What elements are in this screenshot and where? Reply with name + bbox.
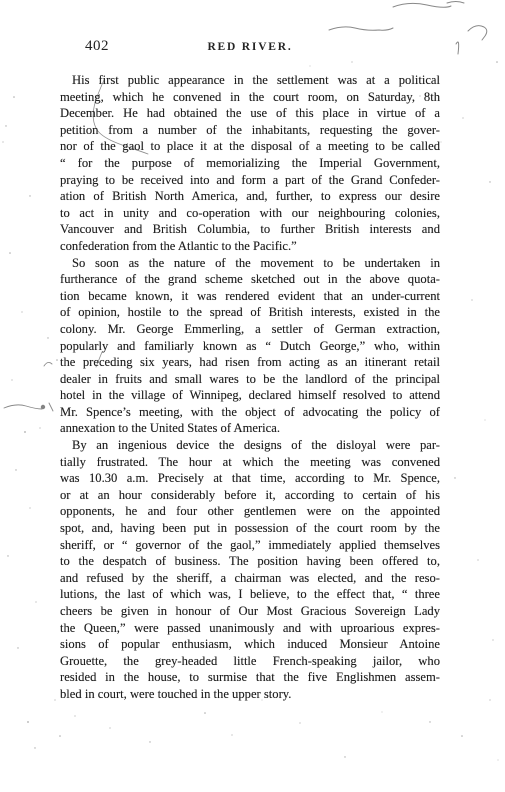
- text-line: to the despatch of business. The positio…: [60, 553, 440, 570]
- text-line: furtherance of the grand scheme sketched…: [60, 271, 440, 288]
- page-header: 402 RED RIVER.: [60, 38, 440, 56]
- text-line: December. He had obtained the use of thi…: [60, 105, 440, 122]
- text-line: bled in court, were touched in the upper…: [60, 686, 440, 703]
- text-line: His first public appearance in the settl…: [60, 72, 440, 89]
- text-line: confederation from the Atlantic to the P…: [60, 238, 440, 255]
- text-line: the Queen,” were passed unanimously and …: [60, 620, 440, 637]
- paragraph-2: So soon as the nature of the movement to…: [60, 255, 440, 438]
- text-line: praying to be received into and form a p…: [60, 172, 440, 189]
- text-line: resided in the house, to surmise that th…: [60, 669, 440, 686]
- text-line: or at an hour considerably before it, ac…: [60, 487, 440, 504]
- text-line: annexation to the United States of Ameri…: [60, 420, 440, 437]
- text-line: Mr. Spence’s meeting, with the object of…: [60, 404, 440, 421]
- text-line: to act in unity and co-operation with ou…: [60, 205, 440, 222]
- text-line: meeting, which he convened in the court …: [60, 89, 440, 106]
- text-line: the preceding six years, had risen from …: [60, 354, 440, 371]
- text-line: tion became known, it was rendered evide…: [60, 288, 440, 305]
- text-line: lutions, the last of which was, I believ…: [60, 586, 440, 603]
- page-body: His first public appearance in the settl…: [60, 72, 440, 703]
- text-line: By an ingenious device the designs of th…: [60, 437, 440, 454]
- scan-margin-scribble: [4, 362, 53, 411]
- text-line: dealer in fruits and small wares to be t…: [60, 371, 440, 388]
- text-line: was 10.30 a.m. Precisely at that time, a…: [60, 470, 440, 487]
- text-line: hotel in the village of Winnipeg, declar…: [60, 387, 440, 404]
- text-line: sions of popular enthusiasm, which induc…: [60, 636, 440, 653]
- text-line: and refused by the sheriff, a chairman w…: [60, 570, 440, 587]
- text-line: sheriff, or “ governor of the gaol,” imm…: [60, 537, 440, 554]
- text-line: So soon as the nature of the movement to…: [60, 255, 440, 272]
- text-line: spot, and, having been put in possession…: [60, 520, 440, 537]
- paragraph-1: His first public appearance in the settl…: [60, 72, 440, 255]
- text-line: ation of British North America, and, fur…: [60, 188, 440, 205]
- text-line: Vancouver and British Columbia, to furth…: [60, 221, 440, 238]
- running-head: RED RIVER.: [60, 41, 440, 53]
- text-line: tially frustrated. The hour at which the…: [60, 454, 440, 471]
- text-line: of opinion, hostile to the spread of Bri…: [60, 304, 440, 321]
- text-line: cheers be given in honour of Our Most Gr…: [60, 603, 440, 620]
- text-line: colony. Mr. George Emmerling, a settler …: [60, 321, 440, 338]
- text-line: nor of the gaol to place it at the dispo…: [60, 138, 440, 155]
- text-line: popularly and familiarly known as “ Dutc…: [60, 338, 440, 355]
- text-line: “ for the purpose of memorializing the I…: [60, 155, 440, 172]
- text-line: opponents, he and four other gentlemen w…: [60, 503, 440, 520]
- text-line: petition from a number of the inhabitant…: [60, 122, 440, 139]
- book-page: 402 RED RIVER. His first public appearan…: [0, 0, 505, 792]
- text-line: Grouette, the grey-headed little French-…: [60, 653, 440, 670]
- paragraph-3: By an ingenious device the designs of th…: [60, 437, 440, 703]
